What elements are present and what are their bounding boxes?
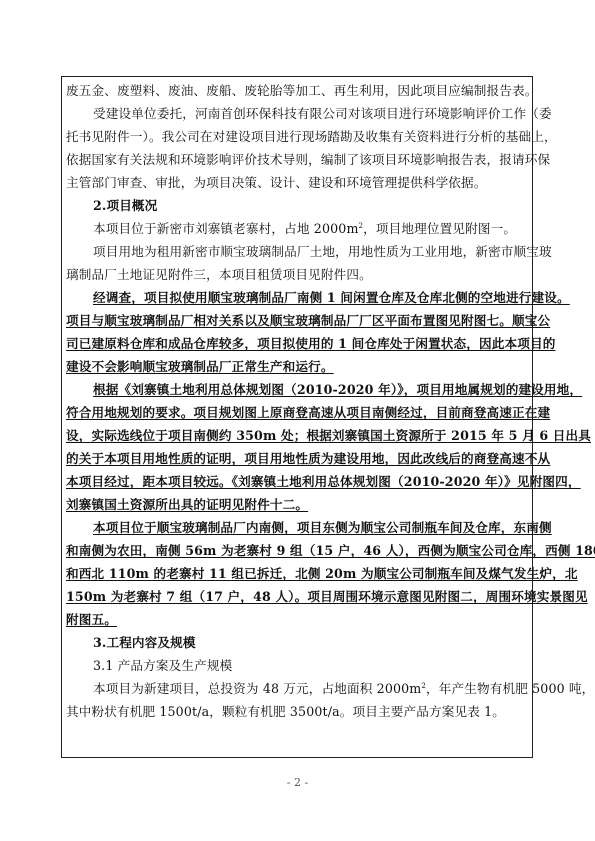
content-frame: 废五金、废塑料、废油、废船、废轮胎等加工、再生利用，因此项目应编制报告表。 受建…: [61, 76, 533, 758]
paragraph-line-underlined: 经调查，项目拟使用顺宝玻璃制品厂南侧 1 间闲置仓库及仓库北侧的空地进行建设。: [66, 286, 528, 309]
text: 设，实际选线位于项目南侧约 350m 处；根据刘寨镇国土资源所于 2015 年 …: [66, 428, 591, 443]
text: 本项目位于顺宝玻璃制品厂内南侧，项目东侧为顺宝公司制瓶车间及仓库，东南侧: [93, 520, 552, 535]
paragraph-line-underlined: 设，实际选线位于项目南侧约 350m 处；根据刘寨镇国土资源所于 2015 年 …: [66, 424, 528, 447]
text: 司已建原料仓库和成品仓库较多，项目拟使用的 1 间仓库处于闲置状态，因此本项目的: [66, 336, 556, 351]
paragraph-line: 受建设单位委托，河南首创环保科技有限公司对该项目进行环境影响评价工作（委: [66, 102, 528, 125]
text: 和西北 110m 的老寨村 11 组已拆迁，北侧 20m 为顺宝公司制瓶车间及煤…: [66, 566, 578, 581]
paragraph-line-underlined: 本项目经过，距本项目较远。《刘寨镇土地利用总体规划图（2010-2020 年）》…: [66, 470, 528, 493]
text: 附图五。: [66, 612, 117, 627]
paragraph-line-underlined: 司已建原料仓库和成品仓库较多，项目拟使用的 1 间仓库处于闲置状态，因此本项目的: [66, 332, 528, 355]
paragraph-line-underlined: 刘寨镇国土资源所出具的证明见附件十二。: [66, 493, 528, 516]
text: 150m 为老寨村 7 组（17 户，48 人）。项目周围环境示意图见附图二，周…: [66, 589, 588, 604]
text: 的关于本项目用地性质的证明，项目用地性质为建设用地，因此改线后的商登高速不从: [66, 451, 550, 466]
text: 本项目为新建项目，总投资为 48 万元，占地面积 2000m: [93, 681, 421, 696]
paragraph-line-underlined: 的关于本项目用地性质的证明，项目用地性质为建设用地，因此改线后的商登高速不从: [66, 447, 528, 470]
paragraph-line: 璃制品厂土地证见附件三，本项目租赁项目见附件四。: [66, 263, 528, 286]
paragraph-line-underlined: 符合用地规划的要求。项目规划图上原商登高速从项目南侧经过，目前商登高速正在建: [66, 401, 528, 424]
paragraph-line-underlined: 本项目位于顺宝玻璃制品厂内南侧，项目东侧为顺宝公司制瓶车间及仓库，东南侧: [66, 516, 528, 539]
text: 根据《刘寨镇土地利用总体规划图（2010-2020 年）》，项目用地属规划的建设…: [93, 382, 582, 397]
text: 建设不会影响顺宝玻璃制品厂正常生产和运行。: [66, 359, 334, 374]
paragraph-line: 其中粉状有机肥 1500t/a，颗粒有机肥 3500t/a。项目主要产品方案见表…: [66, 700, 528, 723]
text: 和南侧为农田，南侧 56m 为老寨村 9 组（15 户，46 人），西侧为顺宝公…: [66, 543, 595, 558]
text: ，项目地理位置见附图一。: [363, 221, 516, 236]
paragraph-line-underlined: 附图五。: [66, 608, 528, 631]
paragraph-line: 项目用地为租用新密市顺宝玻璃制品厂土地，用地性质为工业用地，新密市顺宝玻: [66, 240, 528, 263]
paragraph-line-underlined: 150m 为老寨村 7 组（17 户，48 人）。项目周围环境示意图见附图二，周…: [66, 585, 528, 608]
paragraph-line: 本项目为新建项目，总投资为 48 万元，占地面积 2000m2，年产生物有机肥 …: [66, 677, 528, 700]
text: 符合用地规划的要求。项目规划图上原商登高速从项目南侧经过，目前商登高速正在建: [66, 405, 550, 420]
paragraph-line-underlined: 项目与顺宝玻璃制品厂相对关系以及顺宝玻璃制品厂厂区平面布置图见附图七。顺宝公: [66, 309, 528, 332]
paragraph-line-underlined: 根据《刘寨镇土地利用总体规划图（2010-2020 年）》，项目用地属规划的建设…: [66, 378, 528, 401]
section-heading: 2.项目概况: [66, 194, 528, 217]
paragraph-line: 废五金、废塑料、废油、废船、废轮胎等加工、再生利用，因此项目应编制报告表。: [66, 79, 528, 102]
text: 本项目位于新密市刘寨镇老寨村，占地 2000m: [93, 221, 359, 236]
subsection-heading: 3.1 产品方案及生产规模: [66, 654, 528, 677]
paragraph-line: 主管部门审查、审批，为项目决策、设计、建设和环境管理提供科学依据。: [66, 171, 528, 194]
text: 刘寨镇国土资源所出具的证明见附件十二。: [66, 497, 308, 512]
document-body: 废五金、废塑料、废油、废船、废轮胎等加工、再生利用，因此项目应编制报告表。 受建…: [66, 79, 528, 723]
section-heading: 3.工程内容及规模: [66, 631, 528, 654]
paragraph-line: 本项目位于新密市刘寨镇老寨村，占地 2000m2，项目地理位置见附图一。: [66, 217, 528, 240]
text: ，年产生物有机肥 5000 吨，: [426, 681, 594, 696]
paragraph-line: 依据国家有关法规和环境影响评价技术导则，编制了该项目环境影响报告表，报请环保: [66, 148, 528, 171]
paragraph-line: 托书见附件一）。我公司在对建设项目进行现场踏勘及收集有关资料进行分析的基础上，: [66, 125, 528, 148]
page-number: - 2 -: [0, 776, 595, 789]
paragraph-line-underlined: 和南侧为农田，南侧 56m 为老寨村 9 组（15 户，46 人），西侧为顺宝公…: [66, 539, 528, 562]
text: 项目与顺宝玻璃制品厂相对关系以及顺宝玻璃制品厂厂区平面布置图见附图七。顺宝公: [66, 313, 550, 328]
text: 本项目经过，距本项目较远。《刘寨镇土地利用总体规划图（2010-2020 年）》…: [66, 474, 581, 489]
paragraph-line-underlined: 和西北 110m 的老寨村 11 组已拆迁，北侧 20m 为顺宝公司制瓶车间及煤…: [66, 562, 528, 585]
text: 经调查，项目拟使用顺宝玻璃制品厂南侧 1 间闲置仓库及仓库北侧的空地进行建设。: [93, 290, 570, 305]
paragraph-line-underlined: 建设不会影响顺宝玻璃制品厂正常生产和运行。: [66, 355, 528, 378]
